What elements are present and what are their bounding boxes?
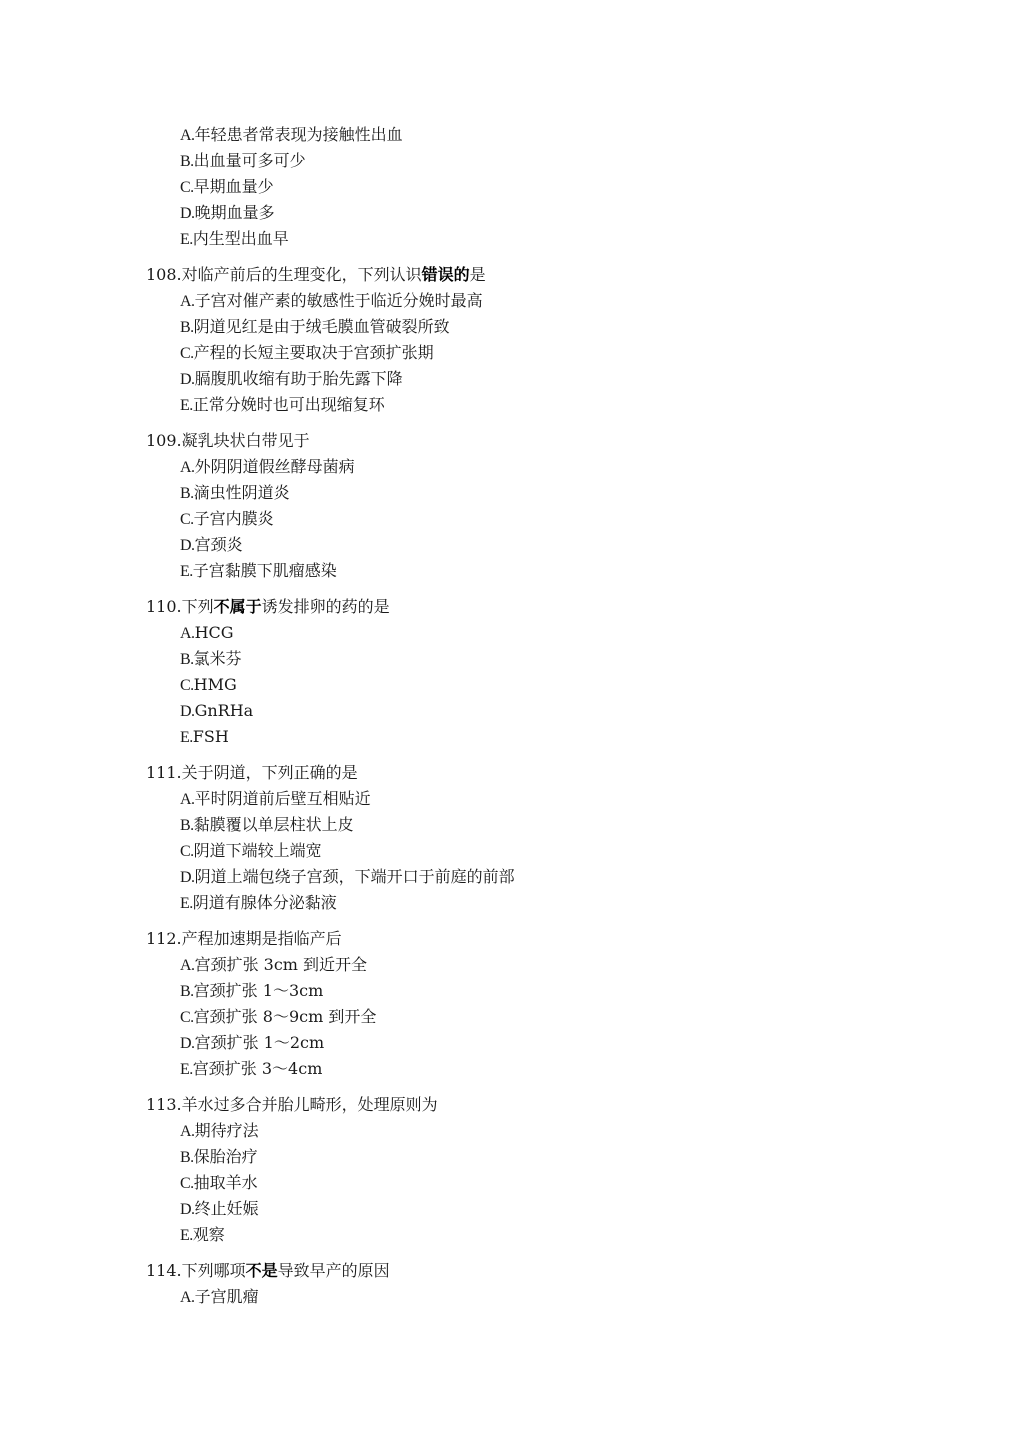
question-stem: 114.下列哪项不是导致早产的原因 xyxy=(146,1258,846,1284)
option-text: 阴道有腺体分泌黏液 xyxy=(193,893,337,912)
option-c: C.产程的长短主要取决于宫颈扩张期 xyxy=(146,340,846,366)
option-letter: E. xyxy=(180,1057,193,1083)
option-a: A.年轻患者常表现为接触性出血 xyxy=(146,122,846,148)
option-c: C.早期血量少 xyxy=(146,174,846,200)
question-number: 113. xyxy=(146,1095,182,1114)
option-letter: A. xyxy=(180,621,195,647)
option-letter: C. xyxy=(180,341,194,367)
stem-text: 对临产前后的生理变化，下列认识 xyxy=(182,265,422,284)
question-stem: 112.产程加速期是指临产后 xyxy=(146,926,846,952)
stem-text: 下列 xyxy=(182,597,214,616)
stem-text: 下列哪项 xyxy=(182,1261,246,1280)
option-text: 黏膜覆以单层柱状上皮 xyxy=(194,815,354,834)
option-c: C.抽取羊水 xyxy=(146,1170,846,1196)
option-text: 早期血量少 xyxy=(194,177,274,196)
question-stem: 109.凝乳块状白带见于 xyxy=(146,428,846,454)
option-d: D.晚期血量多 xyxy=(146,200,846,226)
stem-text: 导致早产的原因 xyxy=(278,1261,390,1280)
stem-text: 诱发排卵的药的是 xyxy=(262,597,390,616)
option-text: 膈腹肌收缩有助于胎先露下降 xyxy=(195,369,403,388)
option-letter: D. xyxy=(180,1031,195,1057)
option-text: 子宫肌瘤 xyxy=(195,1287,259,1306)
question-stem: 108.对临产前后的生理变化，下列认识错误的是 xyxy=(146,262,846,288)
option-text: 观察 xyxy=(193,1225,225,1244)
option-letter: E. xyxy=(180,725,193,751)
option-letter: E. xyxy=(180,559,193,585)
stem-emphasis: 不是 xyxy=(246,1261,278,1280)
option-letter: E. xyxy=(180,227,193,253)
option-text: 宫颈炎 xyxy=(195,535,243,554)
option-letter: A. xyxy=(180,787,195,813)
option-letter: B. xyxy=(180,481,194,507)
option-text: 抽取羊水 xyxy=(194,1173,258,1192)
question-block-110: 110.下列不属于诱发排卵的药的是 A.HCG B.氯米芬 C.HMG D.Gn… xyxy=(146,594,846,750)
option-text: 终止妊娠 xyxy=(195,1199,259,1218)
question-block-112: 112.产程加速期是指临产后 A.宫颈扩张 3cm 到近开全 B.宫颈扩张 1～… xyxy=(146,926,846,1082)
question-block-109: 109.凝乳块状白带见于 A.外阴阴道假丝酵母菌病 B.滴虫性阴道炎 C.子宫内… xyxy=(146,428,846,584)
option-e: E.内生型出血早 xyxy=(146,226,846,252)
option-letter: B. xyxy=(180,315,194,341)
option-a: A.子宫对催产素的敏感性于临近分娩时最高 xyxy=(146,288,846,314)
option-c: C.宫颈扩张 8～9cm 到开全 xyxy=(146,1004,846,1030)
stem-emphasis: 不属于 xyxy=(214,597,262,616)
option-text: 宫颈扩张 3～4cm xyxy=(193,1059,323,1078)
option-c: C.子宫内膜炎 xyxy=(146,506,846,532)
option-text: 滴虫性阴道炎 xyxy=(194,483,290,502)
document-page: A.年轻患者常表现为接触性出血 B.出血量可多可少 C.早期血量少 D.晚期血量… xyxy=(0,0,1023,1447)
question-number: 109. xyxy=(146,431,182,450)
option-d: D.终止妊娠 xyxy=(146,1196,846,1222)
option-letter: A. xyxy=(180,1119,195,1145)
option-d: D.宫颈扩张 1～2cm xyxy=(146,1030,846,1056)
option-text: 正常分娩时也可出现缩复环 xyxy=(193,395,385,414)
option-text: 子宫内膜炎 xyxy=(194,509,274,528)
option-text: 平时阴道前后壁互相贴近 xyxy=(195,789,371,808)
option-letter: C. xyxy=(180,673,194,699)
option-letter: B. xyxy=(180,813,194,839)
option-letter: B. xyxy=(180,149,194,175)
option-letter: A. xyxy=(180,455,195,481)
option-b: B.出血量可多可少 xyxy=(146,148,846,174)
option-e: E.宫颈扩张 3～4cm xyxy=(146,1056,846,1082)
stem-text: 产程加速期是指临产后 xyxy=(182,929,342,948)
question-number: 114. xyxy=(146,1261,182,1280)
option-letter: E. xyxy=(180,1223,193,1249)
option-text: 宫颈扩张 8～9cm 到开全 xyxy=(194,1007,377,1026)
option-d: D.阴道上端包绕子宫颈，下端开口于前庭的前部 xyxy=(146,864,846,890)
option-text: 宫颈扩张 1～3cm xyxy=(194,981,324,1000)
question-block-108: 108.对临产前后的生理变化，下列认识错误的是 A.子宫对催产素的敏感性于临近分… xyxy=(146,262,846,418)
option-text: 阴道下端较上端宽 xyxy=(194,841,322,860)
option-d: D.GnRHa xyxy=(146,698,846,724)
option-text: HCG xyxy=(195,623,234,642)
stem-emphasis: 错误的 xyxy=(422,265,470,284)
option-text: 年轻患者常表现为接触性出血 xyxy=(195,125,403,144)
option-e: E.阴道有腺体分泌黏液 xyxy=(146,890,846,916)
option-a: A.宫颈扩张 3cm 到近开全 xyxy=(146,952,846,978)
option-b: B.阴道见红是由于绒毛膜血管破裂所致 xyxy=(146,314,846,340)
option-letter: B. xyxy=(180,1145,194,1171)
option-text: GnRHa xyxy=(195,701,254,720)
option-c: C.HMG xyxy=(146,672,846,698)
option-text: 子宫对催产素的敏感性于临近分娩时最高 xyxy=(195,291,483,310)
option-a: A.子宫肌瘤 xyxy=(146,1284,846,1310)
option-letter: D. xyxy=(180,699,195,725)
option-b: B.氯米芬 xyxy=(146,646,846,672)
question-number: 110. xyxy=(146,597,182,616)
option-letter: A. xyxy=(180,953,195,979)
option-d: D.膈腹肌收缩有助于胎先露下降 xyxy=(146,366,846,392)
option-letter: E. xyxy=(180,891,193,917)
option-a: A.HCG xyxy=(146,620,846,646)
option-e: E.子宫黏膜下肌瘤感染 xyxy=(146,558,846,584)
option-text: 晚期血量多 xyxy=(195,203,275,222)
option-text: 宫颈扩张 1～2cm xyxy=(195,1033,325,1052)
stem-text: 关于阴道，下列正确的是 xyxy=(182,763,358,782)
option-letter: D. xyxy=(180,1197,195,1223)
stem-text: 是 xyxy=(470,265,486,284)
option-text: HMG xyxy=(194,675,237,694)
option-e: E.观察 xyxy=(146,1222,846,1248)
option-a: A.平时阴道前后壁互相贴近 xyxy=(146,786,846,812)
question-number: 111. xyxy=(146,763,182,782)
option-letter: C. xyxy=(180,507,194,533)
question-stem: 111.关于阴道，下列正确的是 xyxy=(146,760,846,786)
option-letter: A. xyxy=(180,1285,195,1311)
option-letter: B. xyxy=(180,979,194,1005)
question-number: 112. xyxy=(146,929,182,948)
option-text: 宫颈扩张 3cm 到近开全 xyxy=(195,955,368,974)
question-stem: 110.下列不属于诱发排卵的药的是 xyxy=(146,594,846,620)
option-letter: D. xyxy=(180,533,195,559)
option-e: E.正常分娩时也可出现缩复环 xyxy=(146,392,846,418)
option-letter: E. xyxy=(180,393,193,419)
option-a: A.外阴阴道假丝酵母菌病 xyxy=(146,454,846,480)
option-b: B.宫颈扩张 1～3cm xyxy=(146,978,846,1004)
stem-text: 羊水过多合并胎儿畸形，处理原则为 xyxy=(182,1095,438,1114)
question-number: 108. xyxy=(146,265,182,284)
option-a: A.期待疗法 xyxy=(146,1118,846,1144)
option-letter: A. xyxy=(180,123,195,149)
option-text: 产程的长短主要取决于宫颈扩张期 xyxy=(194,343,434,362)
question-block-113: 113.羊水过多合并胎儿畸形，处理原则为 A.期待疗法 B.保胎治疗 C.抽取羊… xyxy=(146,1092,846,1248)
option-text: 外阴阴道假丝酵母菌病 xyxy=(195,457,355,476)
option-letter: C. xyxy=(180,839,194,865)
option-letter: C. xyxy=(180,1171,194,1197)
option-b: B.保胎治疗 xyxy=(146,1144,846,1170)
stem-text: 凝乳块状白带见于 xyxy=(182,431,310,450)
question-stem: 113.羊水过多合并胎儿畸形，处理原则为 xyxy=(146,1092,846,1118)
question-block-111: 111.关于阴道，下列正确的是 A.平时阴道前后壁互相贴近 B.黏膜覆以单层柱状… xyxy=(146,760,846,916)
option-text: FSH xyxy=(193,727,229,746)
option-c: C.阴道下端较上端宽 xyxy=(146,838,846,864)
question-block-107-continued: A.年轻患者常表现为接触性出血 B.出血量可多可少 C.早期血量少 D.晚期血量… xyxy=(146,122,846,252)
option-b: B.黏膜覆以单层柱状上皮 xyxy=(146,812,846,838)
option-text: 内生型出血早 xyxy=(193,229,289,248)
option-letter: B. xyxy=(180,647,194,673)
option-letter: D. xyxy=(180,865,195,891)
option-b: B.滴虫性阴道炎 xyxy=(146,480,846,506)
option-text: 出血量可多可少 xyxy=(194,151,306,170)
option-text: 保胎治疗 xyxy=(194,1147,258,1166)
option-letter: D. xyxy=(180,367,195,393)
option-text: 子宫黏膜下肌瘤感染 xyxy=(193,561,337,580)
question-list: A.年轻患者常表现为接触性出血 B.出血量可多可少 C.早期血量少 D.晚期血量… xyxy=(146,122,846,1320)
option-text: 阴道见红是由于绒毛膜血管破裂所致 xyxy=(194,317,450,336)
option-letter: D. xyxy=(180,201,195,227)
option-text: 氯米芬 xyxy=(194,649,242,668)
question-block-114: 114.下列哪项不是导致早产的原因 A.子宫肌瘤 xyxy=(146,1258,846,1310)
option-d: D.宫颈炎 xyxy=(146,532,846,558)
option-text: 期待疗法 xyxy=(195,1121,259,1140)
option-letter: C. xyxy=(180,1005,194,1031)
option-letter: C. xyxy=(180,175,194,201)
option-letter: A. xyxy=(180,289,195,315)
option-text: 阴道上端包绕子宫颈，下端开口于前庭的前部 xyxy=(195,867,515,886)
option-e: E.FSH xyxy=(146,724,846,750)
